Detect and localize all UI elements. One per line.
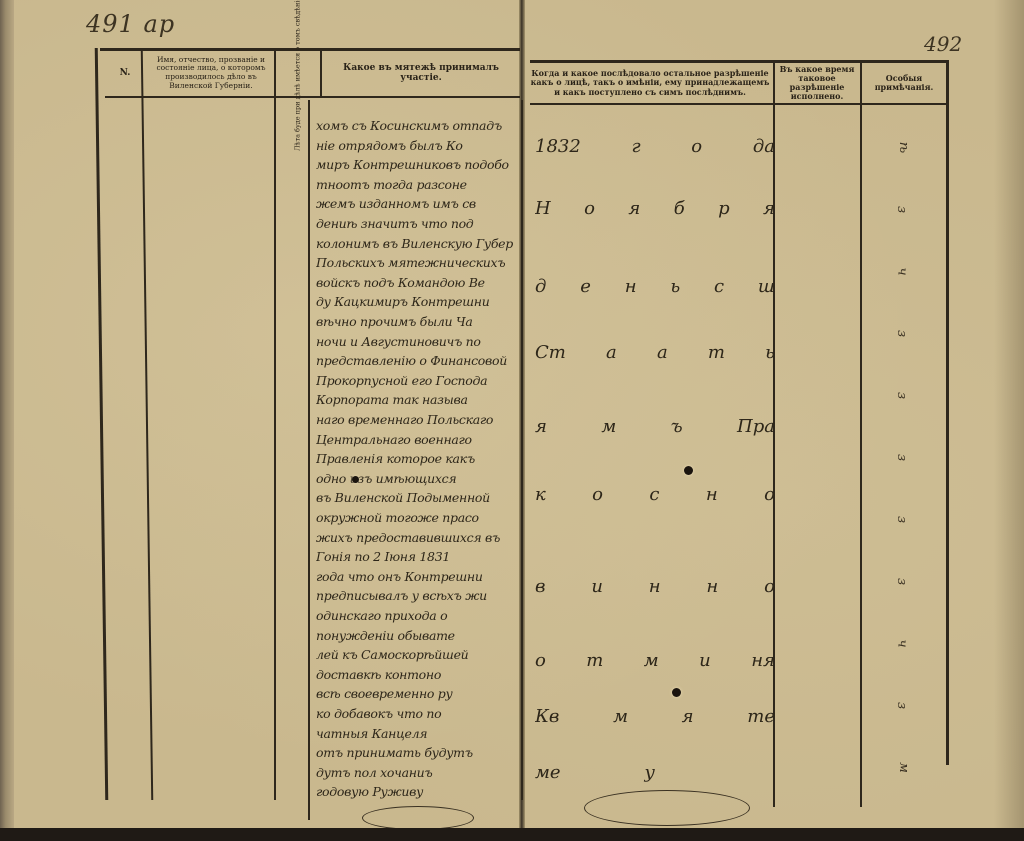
header-top-rule-left — [100, 48, 520, 51]
signature-flourish — [362, 806, 474, 830]
rule-right-border — [946, 60, 949, 765]
handwritten-letter: и — [591, 576, 603, 597]
handwritten-letter: о — [584, 198, 595, 219]
note-mark: з — [894, 454, 909, 461]
handwritten-letter: у — [645, 762, 655, 783]
spaced-handwritten-line: косно — [535, 484, 775, 505]
note-mark: з — [894, 578, 909, 585]
handwritten-letter: Н — [535, 198, 551, 219]
handwritten-line: понужденіи обывате — [316, 628, 522, 643]
signature-flourish — [584, 790, 750, 826]
handwritten-line: жихъ предоставившихся въ — [316, 530, 522, 545]
handwritten-letter: а — [606, 342, 617, 363]
handwritten-letter: в — [535, 576, 545, 597]
handwritten-line: хомъ съ Косинскимъ отпадъ — [316, 118, 522, 133]
header-executed: Въ какое время таковое разрѣшеніе исполн… — [775, 64, 859, 102]
handwritten-letter: те — [747, 706, 775, 727]
handwritten-letter: да — [753, 136, 775, 157]
spaced-handwritten-line: 1832года — [535, 136, 775, 157]
handwritten-line: вѣчно прочимъ были Ча — [316, 314, 522, 329]
spaced-handwritten-line: винно — [535, 576, 775, 597]
note-mark: ѣ — [896, 142, 911, 153]
handwritten-line: представленію о Финансовой — [316, 353, 522, 368]
rule-col-participation — [308, 100, 310, 820]
handwritten-line: миръ Контрешниковъ подобо — [316, 157, 522, 172]
handwritten-letter: я — [535, 416, 547, 437]
header-years: Лѣта буде при дѣлѣ имѣется о томъ свѣдѣн… — [276, 52, 320, 94]
handwritten-letter: Кв — [535, 706, 559, 727]
handwritten-letter: 1832 — [535, 136, 581, 157]
handwritten-line: войскъ подъ Командою Ве — [316, 275, 522, 290]
handwritten-letter: к — [535, 484, 546, 505]
spaced-handwritten-line: деньсш — [535, 276, 775, 297]
handwritten-letter: ш — [758, 276, 775, 297]
handwritten-letter: о — [764, 576, 775, 597]
handwritten-line: года что онъ Контрешни — [316, 569, 522, 584]
handwritten-letter: м — [644, 650, 659, 671]
handwritten-letter: Ст — [535, 342, 566, 363]
handwritten-letter: н — [625, 276, 637, 297]
handwritten-letter: о — [764, 484, 775, 505]
handwritten-line: дениѣ значитъ что под — [316, 216, 522, 231]
handwritten-letter: т — [586, 650, 603, 671]
note-mark: з — [894, 392, 909, 399]
handwritten-line: доставкѣ контоно — [316, 667, 522, 682]
handwritten-letter: я — [682, 706, 694, 727]
handwritten-line: жемъ изданномъ имъ св — [316, 196, 522, 211]
handwritten-line: Прокорпусной его Господа — [316, 373, 522, 388]
book-spine-edge — [0, 0, 14, 828]
handwritten-line: окружной тогоже прасо — [316, 510, 522, 525]
rule-col-years — [274, 50, 276, 800]
handwritten-letter: б — [674, 198, 685, 219]
page-right-edge — [994, 0, 1024, 828]
handwritten-letter: ме — [535, 762, 561, 783]
note-mark: м — [896, 762, 911, 773]
paper-hole — [352, 476, 359, 483]
header-notes: Особыя примѣчанія. — [862, 64, 946, 102]
header-participation: Какое въ мятежѣ принималъ участіе. — [322, 52, 520, 94]
handwritten-line: Центральнаго военнаго — [316, 432, 522, 447]
rule-col-name — [141, 50, 153, 800]
handwritten-line: лей къ Самоскорѣйшей — [316, 647, 522, 662]
handwritten-letter: т — [708, 342, 725, 363]
folio-number-right: 492 — [924, 32, 962, 56]
handwritten-line: тноотъ тогда разсоне — [316, 177, 522, 192]
handwritten-line: предписывалъ у всѣхъ жи — [316, 588, 522, 603]
handwritten-letter: я — [763, 198, 775, 219]
handwritten-letter: н — [649, 576, 661, 597]
handwritten-line: Гонія по 2 Іюня 1831 — [316, 549, 522, 564]
paper-hole — [672, 688, 681, 697]
handwritten-line: одинскаго прихода о — [316, 608, 522, 623]
spaced-handwritten-line: Стаать — [535, 342, 775, 363]
handwritten-line: колонимъ въ Виленскую Губер — [316, 236, 522, 251]
folio-number-left: 491 ар — [86, 10, 175, 38]
spaced-handwritten-line: отминя — [535, 650, 775, 671]
handwritten-line: всѣ своевременно ру — [316, 686, 522, 701]
handwritten-letter: ь — [670, 276, 680, 297]
note-mark: з — [894, 516, 909, 523]
handwritten-letter: о — [535, 650, 546, 671]
note-mark: з — [894, 330, 909, 337]
handwritten-letter: с — [649, 484, 659, 505]
spaced-handwritten-line: меу — [535, 762, 655, 783]
note-mark: з — [894, 702, 909, 709]
handwritten-letter: м — [601, 416, 616, 437]
handwritten-letter: р — [718, 198, 730, 219]
handwritten-line: наго временнаго Польскаго — [316, 412, 522, 427]
handwritten-letter: и — [699, 650, 711, 671]
header-resolution: Когда и какое послѣдовало остальное разр… — [528, 64, 772, 102]
handwritten-line: ніе отрядомъ былъ Ко — [316, 138, 522, 153]
handwritten-letter: с — [714, 276, 724, 297]
handwritten-line: отъ принимать будутъ — [316, 745, 522, 760]
scan-background — [0, 828, 1024, 841]
handwritten-line: одно изъ имѣющихся — [316, 471, 522, 486]
handwritten-line: дутъ пол хочаниъ — [316, 765, 522, 780]
header-top-rule-right — [530, 60, 948, 63]
header-years-text: Лѣта буде при дѣлѣ имѣется о томъ свѣдѣн… — [294, 0, 301, 151]
handwritten-line: чатныя Канцеля — [316, 726, 522, 741]
handwritten-letter: е — [580, 276, 591, 297]
handwritten-line: въ Виленской Подыменной — [316, 490, 522, 505]
ledger-spread: 491 ар 492 N. Имя, отчество, прозваніе и… — [0, 0, 1024, 828]
header-name: Имя, отчество, прозваніе и состояніе лиц… — [149, 52, 273, 94]
handwritten-letter: а — [657, 342, 668, 363]
paper-hole — [684, 466, 693, 475]
handwritten-letter: Пра — [737, 416, 775, 437]
handwritten-line: ко добавокъ что по — [316, 706, 522, 721]
handwritten-letter: д — [535, 276, 546, 297]
note-mark: з — [894, 206, 909, 213]
handwritten-letter: г — [632, 136, 641, 157]
handwritten-letter: ня — [751, 650, 775, 671]
rule-col-notes — [860, 62, 862, 807]
handwritten-line: ночи и Августиновичъ по — [316, 334, 522, 349]
header-bottom-rule-right — [530, 103, 946, 105]
spaced-handwritten-line: ямъПра — [535, 416, 775, 437]
handwritten-line: ду Кацкимиръ Контрешни — [316, 294, 522, 309]
handwritten-letter: о — [691, 136, 702, 157]
note-mark: ч — [895, 267, 910, 275]
rule-left-border — [95, 48, 109, 800]
handwritten-letter: н — [706, 484, 718, 505]
handwritten-line: Правленія которое какъ — [316, 451, 522, 466]
handwritten-letter: ь — [765, 342, 775, 363]
header-bottom-rule-left — [105, 96, 520, 98]
handwritten-letter: ъ — [671, 416, 683, 437]
spaced-handwritten-line: Квмяте — [535, 706, 775, 727]
header-number: N. — [104, 52, 146, 94]
note-mark: ч — [895, 639, 910, 647]
handwritten-line: годовую Руживу — [316, 784, 522, 799]
handwritten-letter: я — [628, 198, 640, 219]
handwritten-line: Польскихъ мятежническихъ — [316, 255, 522, 270]
handwritten-letter: о — [592, 484, 603, 505]
spaced-handwritten-line: Ноября — [535, 198, 775, 219]
handwritten-letter: н — [706, 576, 718, 597]
handwritten-line: Корпората так называ — [316, 392, 522, 407]
handwritten-letter: м — [613, 706, 628, 727]
